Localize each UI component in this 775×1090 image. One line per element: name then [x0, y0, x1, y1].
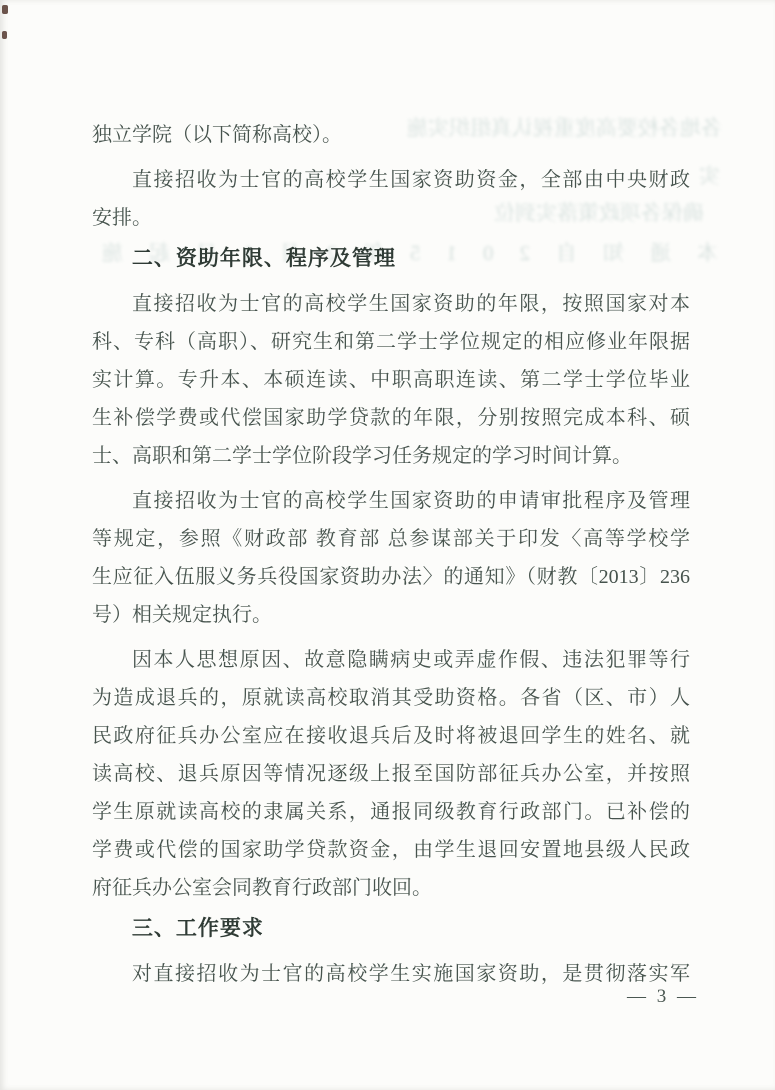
paragraph: 直接招收为士官的高校学生国家资助的年限，按照国家对本 科、专科（高职）、研究生和…: [92, 285, 690, 475]
text-line: 府征兵办公室会同教育行政部门收回。: [92, 869, 690, 907]
text-line: 读高校、退兵原因等情况逐级上报至国防部征兵办公室，并按照: [92, 755, 690, 793]
text-line: 因本人思想原因、故意隐瞒病史或弄虚作假、违法犯罪等行: [92, 641, 690, 679]
paragraph: 对直接招收为士官的高校学生实施国家资助，是贯彻落实军: [92, 955, 690, 993]
text-line: 学费或代偿的国家助学贷款资金，由学生退回安置地县级人民政: [92, 831, 690, 869]
paragraph: 直接招收为士官的高校学生国家资助资金，全部由中央财政 安排。: [92, 161, 690, 237]
text-line: 为造成退兵的，原就读高校取消其受助资格。各省（区、市）人: [92, 679, 690, 717]
text-line: 实计算。专升本、本硕连读、中职高职连读、第二学士学位毕业: [92, 361, 690, 399]
section-heading: 三、工作要求: [92, 909, 690, 948]
text-line: 安排。: [92, 199, 690, 237]
text-line: 科、专科（高职）、研究生和第二学士学位规定的相应修业年限据: [92, 323, 690, 361]
text-line: 等规定，参照《财政部 教育部 总参谋部关于印发〈高等学校学: [92, 520, 690, 558]
page-number: — 3 —: [627, 986, 699, 1008]
text-line: 直接招收为士官的高校学生国家资助的年限，按照国家对本: [92, 285, 690, 323]
text-line: 直接招收为士官的高校学生国家资助的申请审批程序及管理: [92, 482, 690, 520]
text-line: 号）相关规定执行。: [92, 596, 690, 634]
text-line: 士、高职和第二学士学位阶段学习任务规定的学习时间计算。: [92, 437, 690, 475]
text-line: 民政府征兵办公室应在接收退兵后及时将被退回学生的姓名、就: [92, 717, 690, 755]
scanned-document-page: { "document": { "language": "zh-CN", "pa…: [0, 0, 775, 1090]
text-line: 生补偿学费或代偿国家助学贷款的年限，分别按照完成本科、硕: [92, 399, 690, 437]
paragraph: 直接招收为士官的高校学生国家资助的申请审批程序及管理 等规定，参照《财政部 教育…: [92, 482, 690, 634]
text-line: 对直接招收为士官的高校学生实施国家资助，是贯彻落实军: [92, 955, 690, 993]
scan-edge-speck: [2, 31, 7, 39]
document-body: 独立学院（以下简称高校）。 直接招收为士官的高校学生国家资助资金，全部由中央财政…: [0, 0, 775, 993]
section-heading: 二、资助年限、程序及管理: [92, 239, 690, 278]
text-line: 学生原就读高校的隶属关系，通报同级教育行政部门。已补偿的: [92, 793, 690, 831]
scan-edge-speck: [2, 5, 8, 14]
text-line: 独立学院（以下简称高校）。: [92, 116, 690, 154]
paragraph: 因本人思想原因、故意隐瞒病史或弄虚作假、违法犯罪等行 为造成退兵的，原就读高校取…: [92, 641, 690, 907]
text-line: 直接招收为士官的高校学生国家资助资金，全部由中央财政: [92, 161, 690, 199]
text-line: 生应征入伍服义务兵役国家资助办法〉的通知》（财教〔2013〕236: [92, 558, 690, 596]
paragraph: 独立学院（以下简称高校）。: [92, 116, 690, 154]
